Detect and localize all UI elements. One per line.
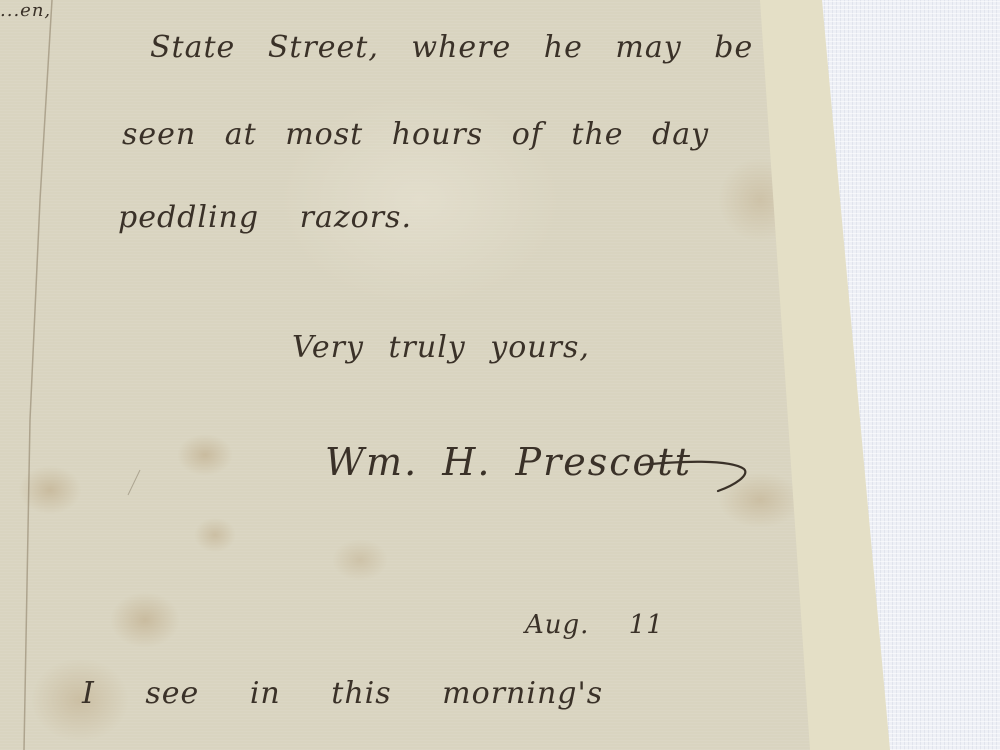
letter-body-line-3: peddling razors.: [118, 200, 412, 235]
signature-flourish-icon: [640, 455, 750, 495]
letter-body-line-1: State Street, where he may be: [150, 30, 753, 65]
letter-body-line-2: seen at most hours of the day: [122, 117, 709, 152]
letter-closing: Very truly yours,: [292, 330, 590, 365]
postscript-first-line: I see in this morning's: [82, 676, 603, 711]
letter-photograph: ...en, State Street, where he may be see…: [0, 0, 1000, 750]
previous-column-text-fragment: ...en,: [0, 0, 51, 21]
signature: Wm. H. Prescott: [325, 440, 692, 484]
postscript-date: Aug. 11: [525, 610, 664, 640]
